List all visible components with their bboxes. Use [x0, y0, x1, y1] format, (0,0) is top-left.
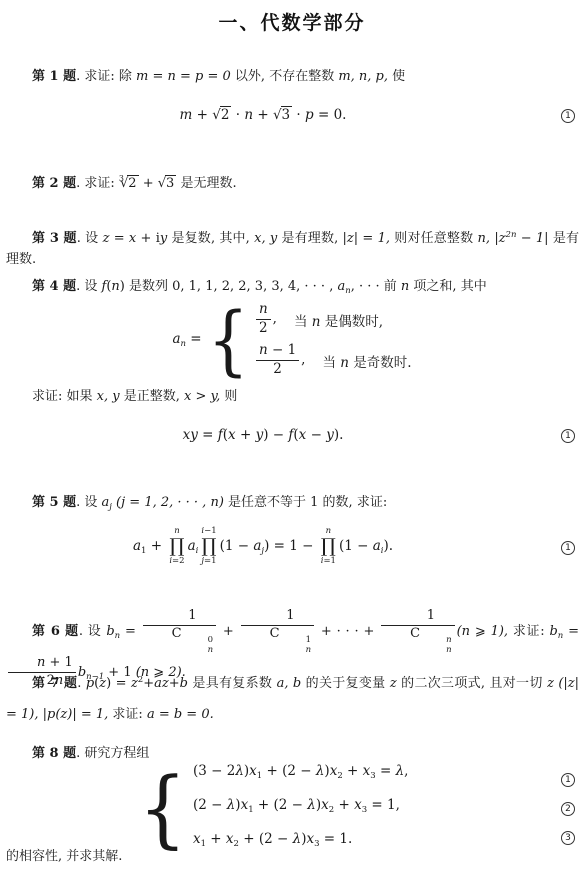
circled-number: 1: [561, 429, 575, 443]
left-brace: {: [138, 765, 186, 851]
row-math: n2,: [254, 301, 277, 337]
system-rows: (3 − 2λ)x1 + (2 − λ)x2 + x3 = λ, (2 − λ)…: [193, 757, 409, 859]
circled-number: 3: [561, 831, 575, 845]
page-title: 一、代数学部分: [0, 8, 584, 35]
problem-5-display-equation: a1 + n∏i=2aii−1∏j=1(1 − aj) = 1 − n∏i=1(…: [0, 527, 584, 566]
piecewise-row: n2, 当 n 是偶数时,: [254, 302, 412, 338]
equation-number: 1: [561, 107, 575, 123]
equation-number: 1: [561, 771, 575, 787]
problem-1-display-equation: m + √2 · n + √3 · p = 0. 1: [0, 107, 584, 123]
row-condition: 当 n 是偶数时,: [294, 310, 383, 330]
problem-8-tail: 的相容性, 并求其解.: [6, 846, 579, 867]
problem-7-statement: 第 7 题. p(z) = z2+az+b 是具有复系数 a, b 的关于复变量…: [6, 665, 579, 730]
problem-4-display-equation: xy = f(x + y) − f(x − y). 1: [0, 427, 584, 443]
equation-number: 2: [561, 800, 575, 816]
row-condition: 当 n 是奇数时.: [322, 351, 411, 371]
equation: xy = f(x + y) − f(x − y).: [6, 427, 520, 443]
problem-4-piecewise-definition: an = { n2, 当 n 是偶数时, n − 12, 当 n 是奇数时.: [0, 301, 584, 379]
problem-8-equation-system: { (3 − 2λ)x1 + (2 − λ)x2 + x3 = λ, (2 − …: [0, 763, 584, 853]
problem-2-statement: 第 2 题. 求证: 3√2 + √3 是无理数.: [6, 173, 579, 195]
equation: a1 + n∏i=2aii−1∏j=1(1 − aj) = 1 − n∏i=1(…: [6, 527, 520, 566]
equation-number: 3: [561, 829, 575, 845]
circled-number: 1: [561, 773, 575, 787]
problem-3-statement: 第 3 题. 设 z = x + iy 是复数, 其中, x, y 是有理数, …: [6, 225, 579, 270]
circled-number: 2: [561, 802, 575, 816]
piecewise-rows: n2, 当 n 是偶数时, n − 12, 当 n 是奇数时.: [254, 302, 412, 379]
equation: m + √2 · n + √3 · p = 0.: [6, 107, 520, 123]
problem-4-statement: 第 4 题. 设 f(n) 是数列 0, 1, 1, 2, 2, 3, 3, 4…: [6, 276, 579, 302]
piecewise-row: n − 12, 当 n 是奇数时.: [254, 343, 412, 379]
document-page: 一、代数学部分 第 1 题. 求证: 除 m = n = p = 0 以外, 不…: [0, 0, 584, 871]
row-math: n − 12,: [254, 342, 305, 378]
equation-number: 1: [561, 427, 575, 443]
equation-number: 1: [561, 539, 575, 555]
problem-1-statement: 第 1 题. 求证: 除 m = n = p = 0 以外, 不存在整数 m, …: [6, 66, 579, 87]
left-brace: {: [207, 301, 248, 379]
system-equation: (2 − λ)x1 + (2 − λ)x2 + x3 = 1,: [193, 791, 409, 825]
system-equation: (3 − 2λ)x1 + (2 − λ)x2 + x3 = λ,: [193, 757, 409, 791]
piecewise-lhs: an =: [172, 331, 201, 349]
circled-number: 1: [561, 109, 575, 123]
circled-number: 1: [561, 541, 575, 555]
system-body: { (3 − 2λ)x1 + (2 − λ)x2 + x3 = λ, (2 − …: [0, 763, 544, 853]
problem-5-statement: 第 5 题. 设 aj (j = 1, 2, · · · , n) 是任意不等于…: [6, 492, 579, 518]
problem-4-claim: 求证: 如果 x, y 是正整数, x > y, 则: [6, 386, 579, 407]
